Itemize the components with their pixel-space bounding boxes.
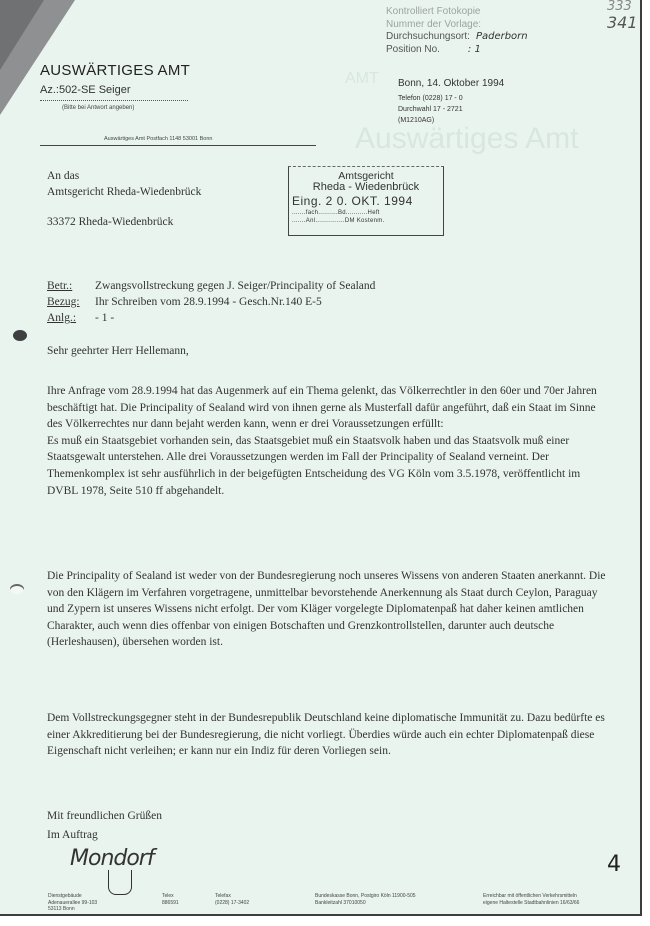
footer-fax-value: (0228) 17-3402 [215, 900, 249, 907]
folded-corner-shadow [0, 0, 44, 70]
phone: Telefon (0228) 17 - 0 [398, 93, 504, 104]
extension: Durchwahl 17 - 2721 [398, 104, 504, 115]
footer-fax: Telefax (0228) 17-3402 [215, 893, 249, 906]
position-label: Position No. [386, 44, 440, 55]
ministry-name: AUSWÄRTIGES AMT [40, 62, 190, 79]
closing: Mit freundlichen Grüßen Im Auftrag [47, 807, 162, 845]
body-paragraph: Es muß ein Staatsgebiet vorhanden sein, … [47, 433, 607, 499]
bleed-through-text: AMT [345, 70, 379, 88]
sender-rule [40, 145, 316, 146]
date-block: Bonn, 14. Oktober 1994 Telefon (0228) 17… [398, 78, 504, 126]
archive-stamp: Kontrolliert Fotokopie Nummer der Vorlag… [386, 6, 528, 56]
page-number: 4 [607, 852, 621, 877]
sender-address: Auswärtiges Amt Postfach 1148 53001 Bonn [104, 136, 212, 142]
court-receipt-stamp: Amtsgericht Rheda - Wiedenbrück Eing. 2 … [288, 166, 444, 236]
court-stamp-line5: .......Anl...............DM Kostenm. [292, 218, 443, 224]
footer-transit-line2: eigene Haltestelle Stadtbahnlinien 16/63… [483, 900, 579, 907]
internal-code: (M1210AG) [398, 115, 504, 126]
folio-number: 333 341 [607, 0, 638, 30]
punch-hole [13, 330, 27, 341]
signature-flourish [108, 870, 132, 895]
on-behalf: Im Auftrag [47, 826, 162, 845]
footer-office-city: 53113 Bonn [48, 906, 97, 913]
reference-label: Anlg.: [47, 310, 95, 326]
archive-stamp-line2: Nummer der Vorlage: [386, 19, 528, 32]
footer-office: Dienstgebäude Adenauerallee 99-103 53113… [48, 893, 97, 913]
footer-transit-line1: Erreichbar mit öffentlichen Verkehrsmitt… [483, 893, 579, 900]
recipient-line3: 33372 Rheda-Wiedenbrück [47, 214, 201, 230]
reference-label: Betr.: [47, 278, 95, 294]
footer-telex: Telex 886591 [162, 893, 179, 906]
reference-note: (Bitte bei Antwort angeben) [62, 105, 134, 111]
reference-row: Bezug: Ihr Schreiben vom 28.9.1994 - Ges… [47, 294, 375, 310]
subject-references: Betr.: Zwangsvollstreckung gegen J. Seig… [47, 278, 375, 326]
recipient-line1: An das [47, 168, 201, 184]
reference-value: Zwangsvollstreckung gegen J. Seiger/Prin… [95, 278, 375, 294]
body-paragraph: Die Principality of Sealand ist weder vo… [47, 568, 607, 651]
folio-number-bottom: 341 [607, 16, 638, 30]
reference-row: Anlg.: - 1 - [47, 310, 375, 326]
signature: Mondorf [70, 846, 154, 871]
court-stamp-line4: .......fach..........Bd...........Heft [292, 210, 443, 216]
letter-page: Auswärtiges Amt AMT AUSWÄRTIGES AMT Az.:… [0, 0, 642, 916]
reference-value: Ihr Schreiben vom 28.9.1994 - Gesch.Nr.1… [95, 294, 322, 310]
body-paragraph-group: Die Principality of Sealand ist weder vo… [47, 568, 607, 660]
reference-number: Az.:502-SE Seiger [40, 84, 131, 96]
closing-greeting: Mit freundlichen Grüßen [47, 807, 162, 826]
salutation: Sehr geehrter Herr Hellemann, [47, 345, 189, 357]
court-stamp-line2: Rheda - Wiedenbrück [289, 181, 443, 193]
letter-date: Bonn, 14. Oktober 1994 [398, 78, 504, 89]
body-paragraph-group: Dem Vollstreckungsgegner steht in der Bu… [47, 710, 607, 769]
court-stamp-date: Eing. 2 0. OKT. 1994 [292, 194, 443, 208]
body-paragraph: Dem Vollstreckungsgegner steht in der Bu… [47, 710, 607, 760]
footer-telex-value: 886591 [162, 900, 179, 907]
footer-bank-line1: Bundeskasse Bonn, Postgiro Köln 11900-50… [315, 893, 416, 900]
footer-bank: Bundeskasse Bonn, Postgiro Köln 11900-50… [315, 893, 416, 906]
reference-value: - 1 - [95, 310, 114, 326]
bleed-through-text: Auswärtiges Amt [355, 122, 578, 156]
footer-transit: Erreichbar mit öffentlichen Verkehrsmitt… [483, 893, 579, 906]
archive-stamp-line1: Kontrolliert Fotokopie [386, 6, 528, 19]
reference-dotted-line [40, 96, 188, 101]
folio-number-top: 333 [607, 0, 638, 14]
scan-border-right [642, 0, 650, 926]
reference-row: Betr.: Zwangsvollstreckung gegen J. Seig… [47, 278, 375, 294]
footer-bank-line2: Bankleitzahl 37010050 [315, 900, 416, 907]
body-paragraph-group: Ihre Anfrage vom 28.9.1994 hat das Augen… [47, 383, 607, 508]
recipient-address: An das Amtsgericht Rheda-Wiedenbrück 333… [47, 168, 201, 230]
search-location-label: Durchsuchungsort: [386, 31, 470, 42]
reference-label: Bezug: [47, 294, 95, 310]
punch-hole [10, 584, 24, 594]
search-location-value: Paderborn [476, 31, 528, 42]
recipient-line2: Amtsgericht Rheda-Wiedenbrück [47, 184, 201, 200]
body-paragraph: Ihre Anfrage vom 28.9.1994 hat das Augen… [47, 383, 607, 433]
position-value: : 1 [468, 44, 481, 55]
scan-border-bottom [0, 916, 650, 926]
